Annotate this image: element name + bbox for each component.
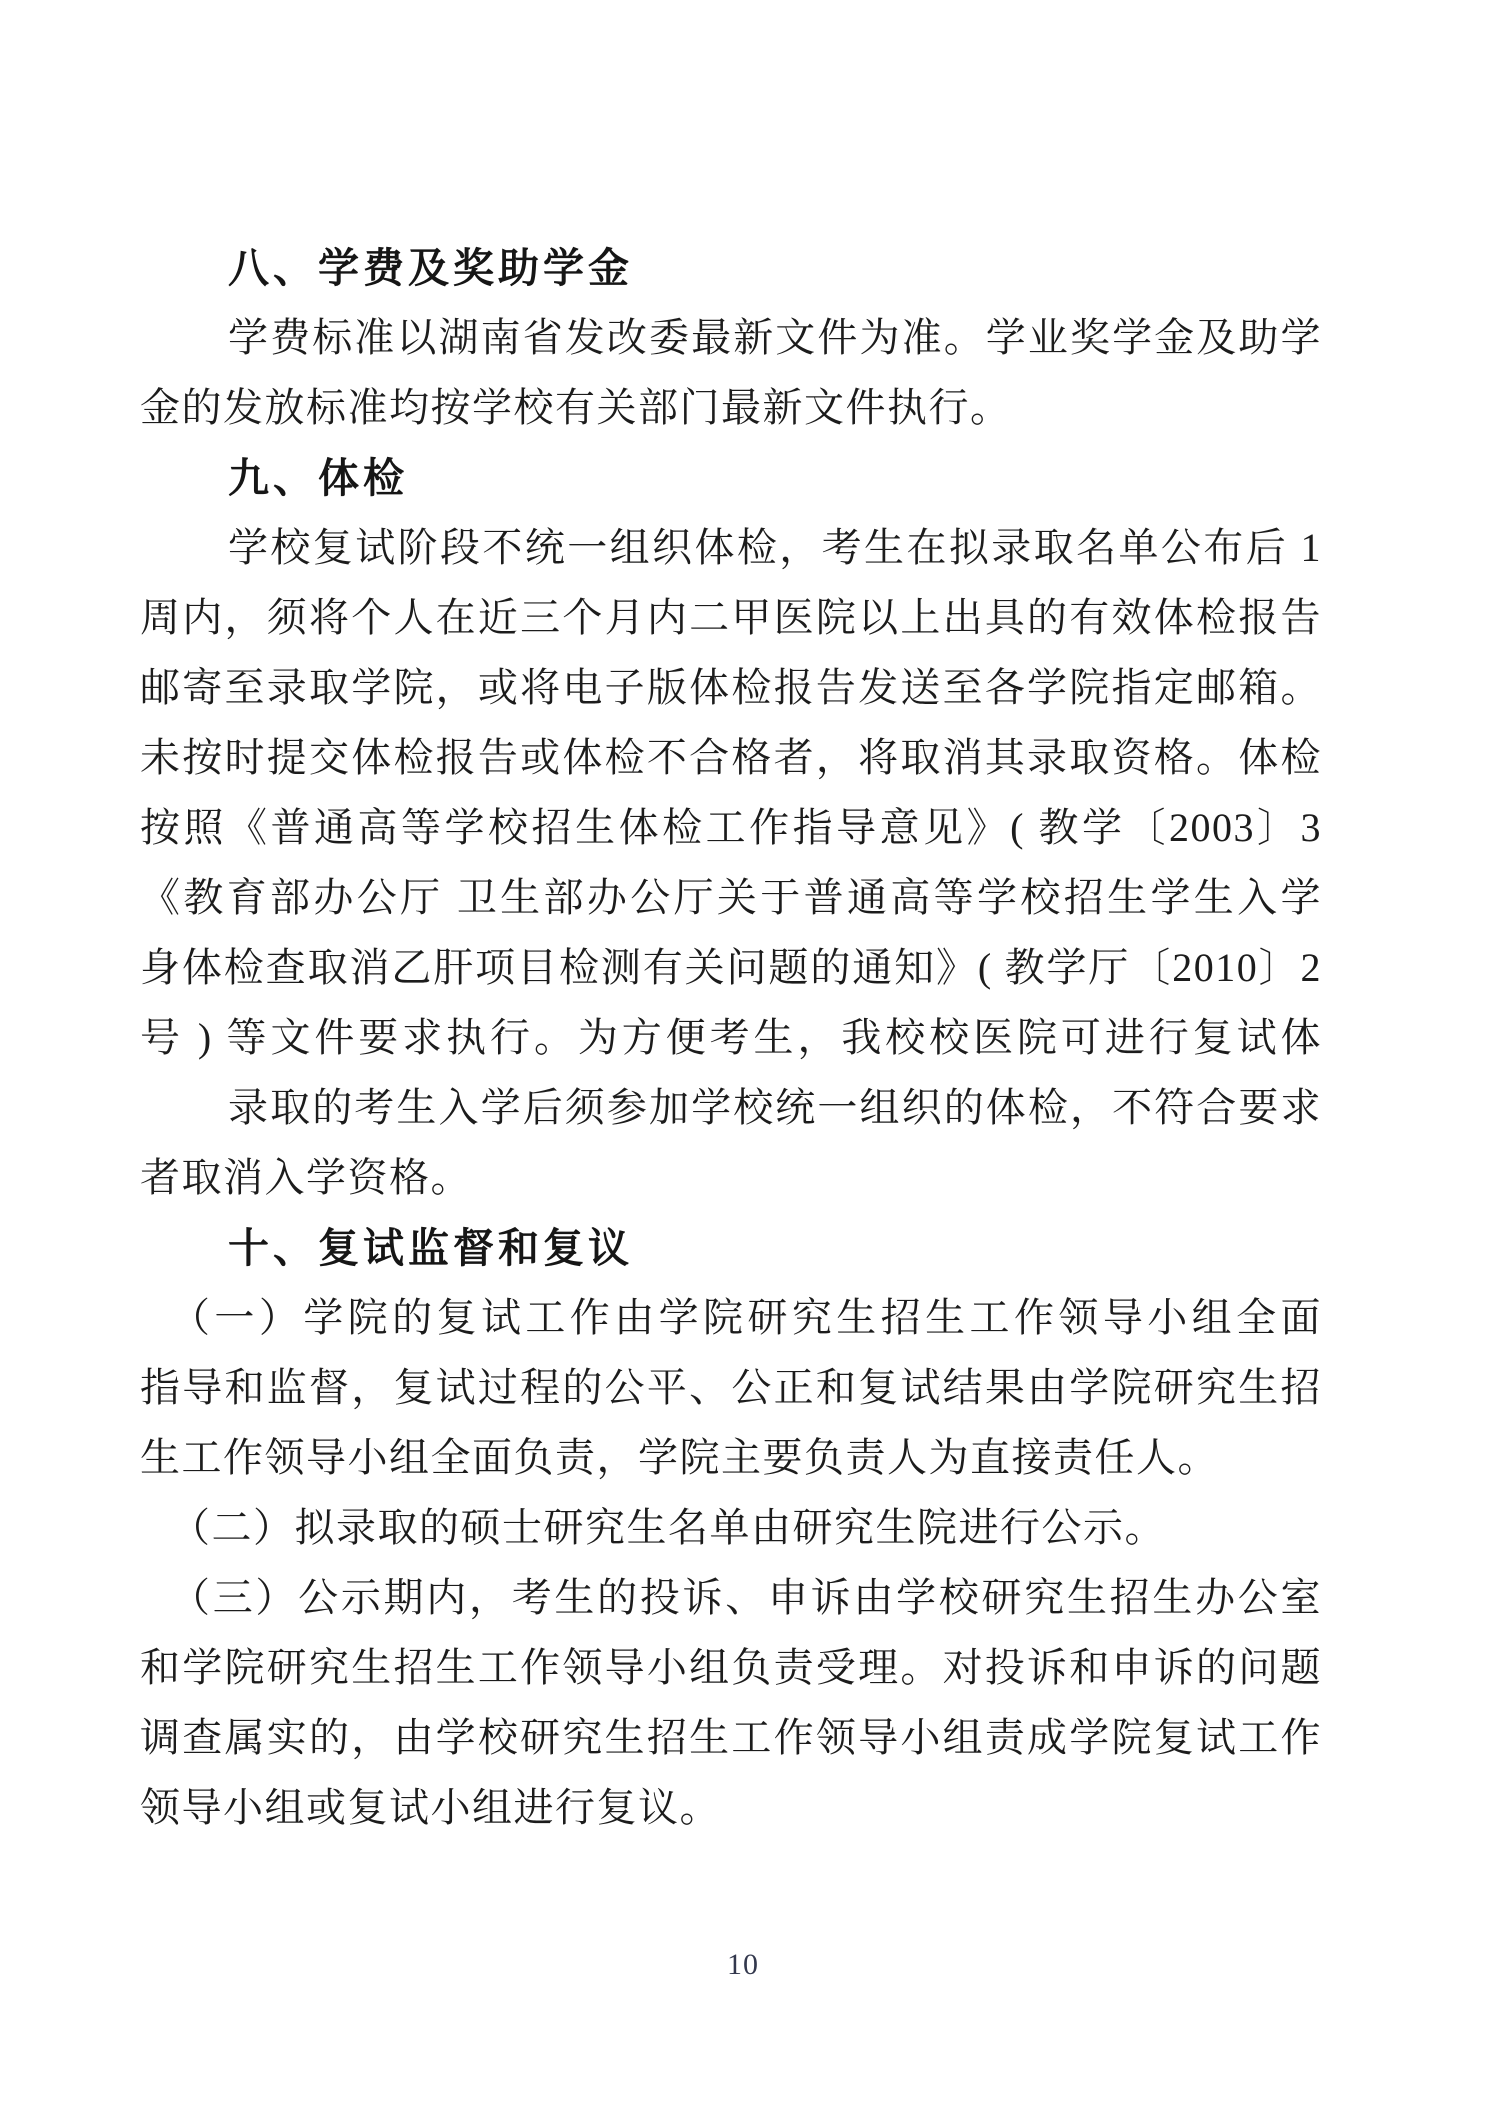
text-line: 学费标准以湖南省发改委最新文件为准。学业奖学金及助学 — [140, 303, 1322, 373]
text-line: 金的发放标准均按学校有关部门最新文件执行。 — [140, 373, 1322, 443]
paragraph: 录取的考生入学后须参加学校统一组织的体检，不符合要求者取消入学资格。 — [140, 1073, 1322, 1213]
text-line: 领导小组或复试小组进行复议。 — [140, 1773, 1322, 1843]
section-heading: 八、学费及奖助学金 — [140, 233, 1322, 303]
paragraph: （二）拟录取的硕士研究生名单由研究生院进行公示。 — [140, 1493, 1322, 1563]
text-line: 身体检查取消乙肝项目检测有关问题的通知》( 教学厅〔2010〕2 — [140, 933, 1322, 1003]
section-heading: 十、复试监督和复议 — [140, 1213, 1322, 1283]
text-line: 录取的考生入学后须参加学校统一组织的体检，不符合要求 — [140, 1073, 1322, 1143]
text-line: 者取消入学资格。 — [140, 1143, 1322, 1213]
text-line: 《教育部办公厅 卫生部办公厅关于普通高等学校招生学生入学 — [140, 863, 1322, 933]
text-line: 九、体检 — [140, 443, 1322, 513]
text-line: （二）拟录取的硕士研究生名单由研究生院进行公示。 — [140, 1493, 1322, 1563]
paragraph: 学校复试阶段不统一组织体检，考生在拟录取名单公布后 1周内，须将个人在近三个月内… — [140, 513, 1322, 1073]
text-line: 未按时提交体检报告或体检不合格者，将取消其录取资格。体检 — [140, 723, 1322, 793]
paragraph: （一）学院的复试工作由学院研究生招生工作领导小组全面指导和监督，复试过程的公平、… — [140, 1283, 1322, 1493]
section-heading: 九、体检 — [140, 443, 1322, 513]
text-line: 周内，须将个人在近三个月内二甲医院以上出具的有效体检报告 — [140, 583, 1322, 653]
paragraph: 学费标准以湖南省发改委最新文件为准。学业奖学金及助学金的发放标准均按学校有关部门… — [140, 303, 1322, 443]
text-line: 邮寄至录取学院，或将电子版体检报告发送至各学院指定邮箱。 — [140, 653, 1322, 723]
text-line: （一）学院的复试工作由学院研究生招生工作领导小组全面 — [140, 1283, 1322, 1353]
text-line: 十、复试监督和复议 — [140, 1213, 1322, 1283]
text-line: 调查属实的，由学校研究生招生工作领导小组责成学院复试工作 — [140, 1703, 1322, 1773]
text-line: 指导和监督，复试过程的公平、公正和复试结果由学院研究生招 — [140, 1353, 1322, 1423]
text-line: （三）公示期内，考生的投诉、申诉由学校研究生招生办公室 — [140, 1563, 1322, 1633]
document-page: 八、学费及奖助学金学费标准以湖南省发改委最新文件为准。学业奖学金及助学金的发放标… — [0, 0, 1486, 2103]
text-line: 按照《普通高等学校招生体检工作指导意见》( 教学〔2003〕3 号 )、 — [140, 793, 1322, 863]
document-body: 八、学费及奖助学金学费标准以湖南省发改委最新文件为准。学业奖学金及助学金的发放标… — [140, 233, 1322, 1843]
text-line: 和学院研究生招生工作领导小组负责受理。对投诉和申诉的问题 — [140, 1633, 1322, 1703]
page-number: 10 — [0, 1948, 1486, 1982]
paragraph: （三）公示期内，考生的投诉、申诉由学校研究生招生办公室和学院研究生招生工作领导小… — [140, 1563, 1322, 1843]
text-line: 学校复试阶段不统一组织体检，考生在拟录取名单公布后 1 — [140, 513, 1322, 583]
text-line: 号 ) 等文件要求执行。为方便考生，我校校医院可进行复试体检， — [140, 1003, 1322, 1073]
text-line: 生工作领导小组全面负责，学院主要负责人为直接责任人。 — [140, 1423, 1322, 1493]
text-line: 八、学费及奖助学金 — [140, 233, 1322, 303]
